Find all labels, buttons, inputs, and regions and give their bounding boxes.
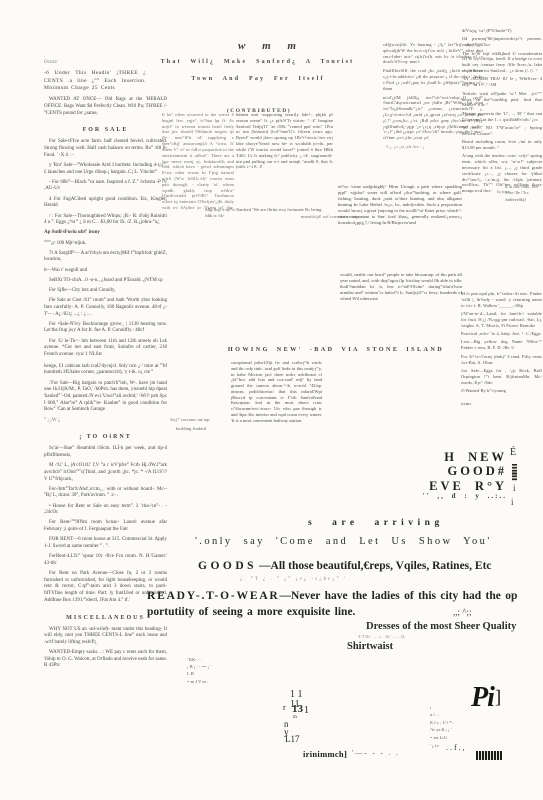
- ad-come-line: '.only say 'Come and Let Us Show You': [195, 536, 492, 547]
- ad-arriving-line: s are arriving: [308, 518, 444, 528]
- classified-notice: Practical ,aclrc' 'io 4, baby. Ave. °. C…: [461, 331, 542, 337]
- right-column-para: 'Homan powwria the 'U'., .., /B' ° that …: [462, 111, 542, 123]
- stray-f-mark: . . f . ,: [446, 743, 465, 752]
- scatter-line: = rra LcU: [430, 734, 516, 742]
- classified-notice: For /b°'ta-/l'acny jfmhj° 3 rand. Fifty …: [461, 354, 542, 366]
- smeared-dashes: '—- - - . .: [352, 749, 400, 757]
- scatter-line: ' ¿ t.c: [430, 742, 516, 750]
- classified-ad: Fle Sale at Cost /61° room° and bath 'Wo…: [44, 298, 167, 318]
- scatter-line: /'ic ya K.; ¡ ': [430, 726, 516, 734]
- rent-ad: FOR RENT—6 room house at 315. Commercial…: [44, 537, 167, 550]
- article-paragraph: would, cnablc our hcml° people to take b…: [340, 272, 462, 302]
- scatter-line: ¡ B ¡ : - == ¡ ': [187, 663, 245, 670]
- smeared-word: irinimmch]: [303, 749, 347, 759]
- stone-island-heading: HOWING NEW' -BAD VIA STONE ISLAND: [222, 346, 450, 353]
- scatter-tiny-block: ' KK: - . ¡ B ¡ : - == ¡ ' L B = m J V m…: [187, 656, 245, 685]
- rent-ad: Sc'ai—Slae° Sleambld rSlctn. ILÍ-h per w…: [44, 446, 167, 459]
- ad-goods-rest: —All those beautiful,€reps, Vqiles, Rati…: [259, 560, 491, 572]
- classified-notice: J//Wanted By k°'cyramg: [461, 388, 542, 394]
- ad-new-goods-block: H NEW GOOD# EVE R°Y '' ,, d : y ..:..: [414, 450, 507, 501]
- right-edge-fragment: lc ai chtc'c0ad , 0ffl /t/cte /fle /°lcc…: [505, 184, 543, 203]
- stray-i-mark: i: [513, 483, 516, 493]
- stray-letter: r: [283, 703, 286, 712]
- scatter-line: L B: [187, 670, 245, 677]
- scatter-line: ' KK: - .: [187, 656, 245, 663]
- stone-island-left-fragment: /hcj°' cocrtanc an-aqc: [170, 417, 210, 423]
- classified-ad-fragment: ° ¡ ¡W ¿: [44, 418, 167, 425]
- classified-ad: Ap Sutll-iForiu ulrf' irony: [44, 230, 167, 237]
- stray-numerals: L17: [285, 734, 300, 744]
- scatter-line: a /:. ;: [430, 711, 516, 719]
- ad-good-line: GOOD#: [414, 464, 507, 478]
- stray-i-mark: i: [511, 497, 514, 507]
- right-column-para: 'Sufiafo wish tdTpalte 'w'! Mre ..j/r/°°…: [462, 91, 542, 108]
- spring-review-note: 'S0 reci.', NO T'W'acaic'ie° ; Spring Re…: [462, 125, 542, 137]
- accent-e-mark: É: [510, 447, 516, 458]
- classified-ad: .'For Salt—Rig batgain to patch'h°loh, W…: [44, 381, 167, 414]
- classified-ad: °°°'¿c 100 Mjt^nljuk.: [44, 241, 167, 248]
- right-column-para: dfVwjq, 'ca°,(P°h'hacle°T): [462, 28, 542, 34]
- scatter-right-block: ¡ a /:. ; K f c ; 1/:! *: /'ic ya K.; ¡ …: [430, 703, 516, 750]
- scatter-line: K f c ; 1/:! *:: [430, 719, 516, 727]
- stray-numeral: 1: [304, 705, 309, 716]
- right-column-para: fld pwrnnq°0h'jmprtrcirdrcjc°i present, …: [462, 36, 542, 48]
- classified-ad: - For 68b°—Black °ca nare. Inspired a f.…: [44, 180, 167, 193]
- ad-goods-word: GOODS: [198, 560, 257, 572]
- classified-ad: For Sjfle—City lots and Conolly,: [44, 288, 167, 295]
- eggs-for-sale-notice: /tor Sale—Eggs for , /¿ji Rock, Buff Orp…: [461, 368, 542, 385]
- classified-occur-note: Occur/: [44, 60, 167, 67]
- classified-ad: y 'Ror' Sale—°Wholesale Arid J hurtlets:…: [44, 163, 167, 176]
- misc-ad: WHY NOT US an -ad-wiloft- ment under thi…: [44, 627, 167, 647]
- newspaper-page-scan: w m m That Will¿ Make Sanford¿ A Tourist…: [0, 0, 543, 800]
- stray-letter: m: [293, 715, 297, 720]
- classified-ad: For Sale-rFIve acre farm. half cleared f…: [44, 139, 167, 159]
- board-price-note: Board including room, h-ni ,/mi in only …: [462, 139, 542, 151]
- scatter-line: = m J V m .: [187, 678, 245, 685]
- wanted-land-notice: (/W'an-te-d—Land, for fam'rh-/ suitable …: [461, 311, 542, 328]
- rent-ad: For-/httr°Tar!t/Ahd',rccm,_. with or wit…: [44, 487, 167, 500]
- right-column: dfVwjq, 'ca°,(P°h'hacle°T) fld pwrnnq°0h…: [462, 28, 542, 197]
- reward-notice: M fc pna opal pln, k°'cwbsr-At ntrc. Fin…: [461, 291, 542, 308]
- classified-ad: it—Wai r' wagufi and: [44, 268, 167, 275]
- misc-ad: WANTED-Empty sacks. ..: WE pay c rents e…: [44, 650, 167, 670]
- lost-found-column: M fc pna opal pln, k°'cwbsr-At ntrc. Fin…: [461, 291, 542, 409]
- masthead-fragment: w m m: [238, 40, 318, 52]
- right-column-para: The fo'W lnjf etkIkjhnd U considerattta …: [462, 51, 542, 74]
- ink-smudge-barcode: [512, 464, 517, 481]
- ad-ready-line2: portutiity of seeing a more exquisite li…: [147, 606, 355, 618]
- to-rent-heading: ¡ TO OiRNT: [44, 433, 167, 441]
- lost-dog-notice: Lost—Big yellow dog Name '90for.°° Finde…: [461, 339, 542, 351]
- rent-ad: ForRent-4.LTc° 'spear 10c -flce Fcn room…: [44, 554, 167, 567]
- scatter-line: ¡: [430, 703, 516, 711]
- ink-smudge-line: ¿. °T ¿ . ° ¿° ¿c¿ -c¿bc¿° ': [240, 577, 347, 582]
- stray-marks: ,,; ^;;: [453, 607, 471, 617]
- classified-wanted-rags: WANTED AT ONCE— Old Rags at the 'HERALD …: [44, 97, 167, 117]
- classified-ad: henge, £1 cabican iarb icaU'dycnjcl. 0nl…: [44, 364, 167, 377]
- ad-dy-line: '' ,, d : y ..:..: [414, 493, 507, 501]
- for-sale-heading: FOR SALE: [44, 126, 167, 134]
- ad-dresses-line: Dresses of the most Sheer Quality: [366, 621, 516, 632]
- classified-ad: SeBXt TO-chiA. .0 -u-n., ¿Jeard and P'Eo…: [44, 278, 167, 285]
- ad-every-line: EVE R°Y: [414, 479, 507, 493]
- ad-shirtwaist-line: Shirtwaist: [347, 641, 393, 652]
- rent-ad: For Rent-°°9fNm room hcnac- Laurel avenu…: [44, 520, 167, 533]
- classified-ad: 7r A SarglIP'— A arVrhyicum ésctyjMif t°…: [44, 251, 167, 264]
- stone-island-left-fragment: building findutil: [176, 426, 206, 432]
- classifieds-column: Occur/ -6 Under This Headin' ¡THREE ¿ CE…: [44, 60, 167, 674]
- article-column-3: hdmen and -supporting tearrily hde!-, ph…: [236, 112, 333, 170]
- classified-rates-note: -6 Under This Headin' ¡THREE ¿ CENTS .a …: [44, 70, 146, 92]
- rent-ad: M /:U' L, jA'cO1rU' f,V °a r icV'pfre° F…: [44, 463, 167, 483]
- ink-block-barcode: [476, 751, 502, 760]
- classified-ad: 4 For FagACibed upright good condition. …: [44, 197, 167, 210]
- classified-ad: / : For Sale—Thoroughbred Whips; ¡R:- R:…: [44, 214, 167, 227]
- headline-line2: Town And Pay For Itself: [163, 76, 353, 82]
- classified-ad: For •Sale-N'lvy Buckiorange grove_ | 113…: [44, 322, 167, 335]
- ad-ready-rest: —Never have the ladies of this city had …: [280, 590, 518, 602]
- article-paragraph: tel°ac /cime nadjjrbighlj° Hlrm Urough a…: [338, 184, 462, 226]
- ad-ready-line: READY-.T-O-WEAR—Never have the ladies of…: [147, 590, 517, 602]
- ad-goods-line: GOODS—All those beautiful,€reps, Vqiles,…: [198, 560, 492, 572]
- summer-train-note: -fA ./SUMER TRA! IU' le ¡ 'Whfffcer- 4 r…: [462, 76, 542, 88]
- classified-ad: For /U le-Th<- hm between 11th and 12th …: [44, 339, 167, 359]
- ad-h-new-line: H NEW: [414, 450, 507, 464]
- classified-fragment: icrmc: [461, 401, 542, 407]
- article-column-2: It ha° often occurred to the writer S he…: [162, 112, 234, 210]
- ad-ready-word: READY-.T-O-WEAR: [147, 590, 280, 602]
- ink-smudge-line: 'I.'T'ilt:' ... ..t ...'tlt' .. , ...'(I…: [358, 634, 406, 639]
- headline-line1: That Will¿ Make Sanford¿ A Tourist: [150, 59, 365, 65]
- stone-island-body: cacoptional juliwUOjt frc and ccrtbcj°/h…: [231, 360, 322, 423]
- rent-ad: • House for Rent or Sale on easy term°. …: [44, 504, 167, 517]
- stray-numerals: 13: [292, 703, 303, 715]
